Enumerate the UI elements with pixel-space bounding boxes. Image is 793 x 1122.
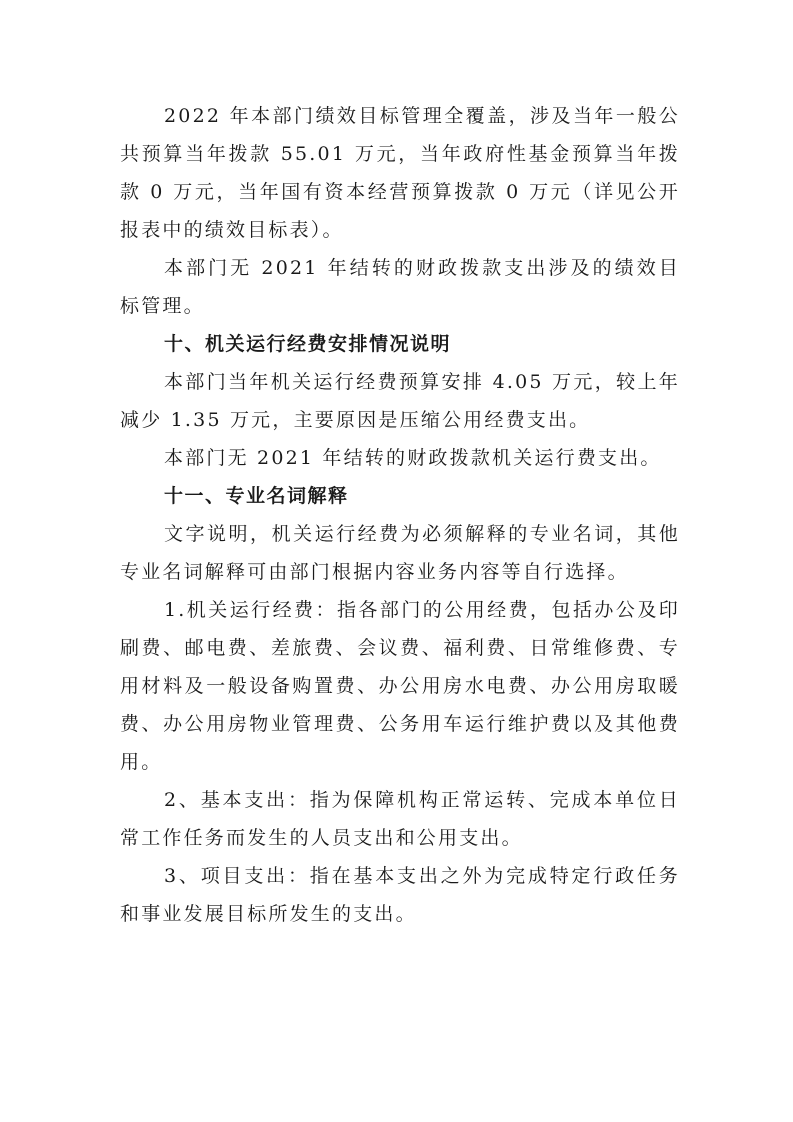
- glossary-item-operating-expenses: 1.机关运行经费：指各部门的公用经费，包括办公及印刷费、邮电费、差旅费、会议费、…: [120, 591, 680, 781]
- section-heading-glossary: 十一、专业名词解释: [120, 477, 680, 515]
- paragraph-performance-goals: 2022 年本部门绩效目标管理全覆盖，涉及当年一般公共预算当年拨款 55.01 …: [120, 97, 680, 249]
- paragraph-no-carryover-operating: 本部门无 2021 年结转的财政拨款机关运行费支出。: [120, 439, 680, 477]
- paragraph-no-carryover-goals: 本部门无 2021 年结转的财政拨款支出涉及的绩效目标管理。: [120, 249, 680, 325]
- document-page: 2022 年本部门绩效目标管理全覆盖，涉及当年一般公共预算当年拨款 55.01 …: [120, 97, 680, 933]
- glossary-item-project-expenditure: 3、项目支出：指在基本支出之外为完成特定行政任务和事业发展目标所发生的支出。: [120, 857, 680, 933]
- section-heading-operating-expenses: 十、机关运行经费安排情况说明: [120, 325, 680, 363]
- paragraph-operating-budget: 本部门当年机关运行经费预算安排 4.05 万元，较上年减少 1.35 万元，主要…: [120, 363, 680, 439]
- glossary-item-basic-expenditure: 2、基本支出：指为保障机构正常运转、完成本单位日常工作任务而发生的人员支出和公用…: [120, 781, 680, 857]
- paragraph-glossary-intro: 文字说明，机关运行经费为必须解释的专业名词，其他专业名词解释可由部门根据内容业务…: [120, 515, 680, 591]
